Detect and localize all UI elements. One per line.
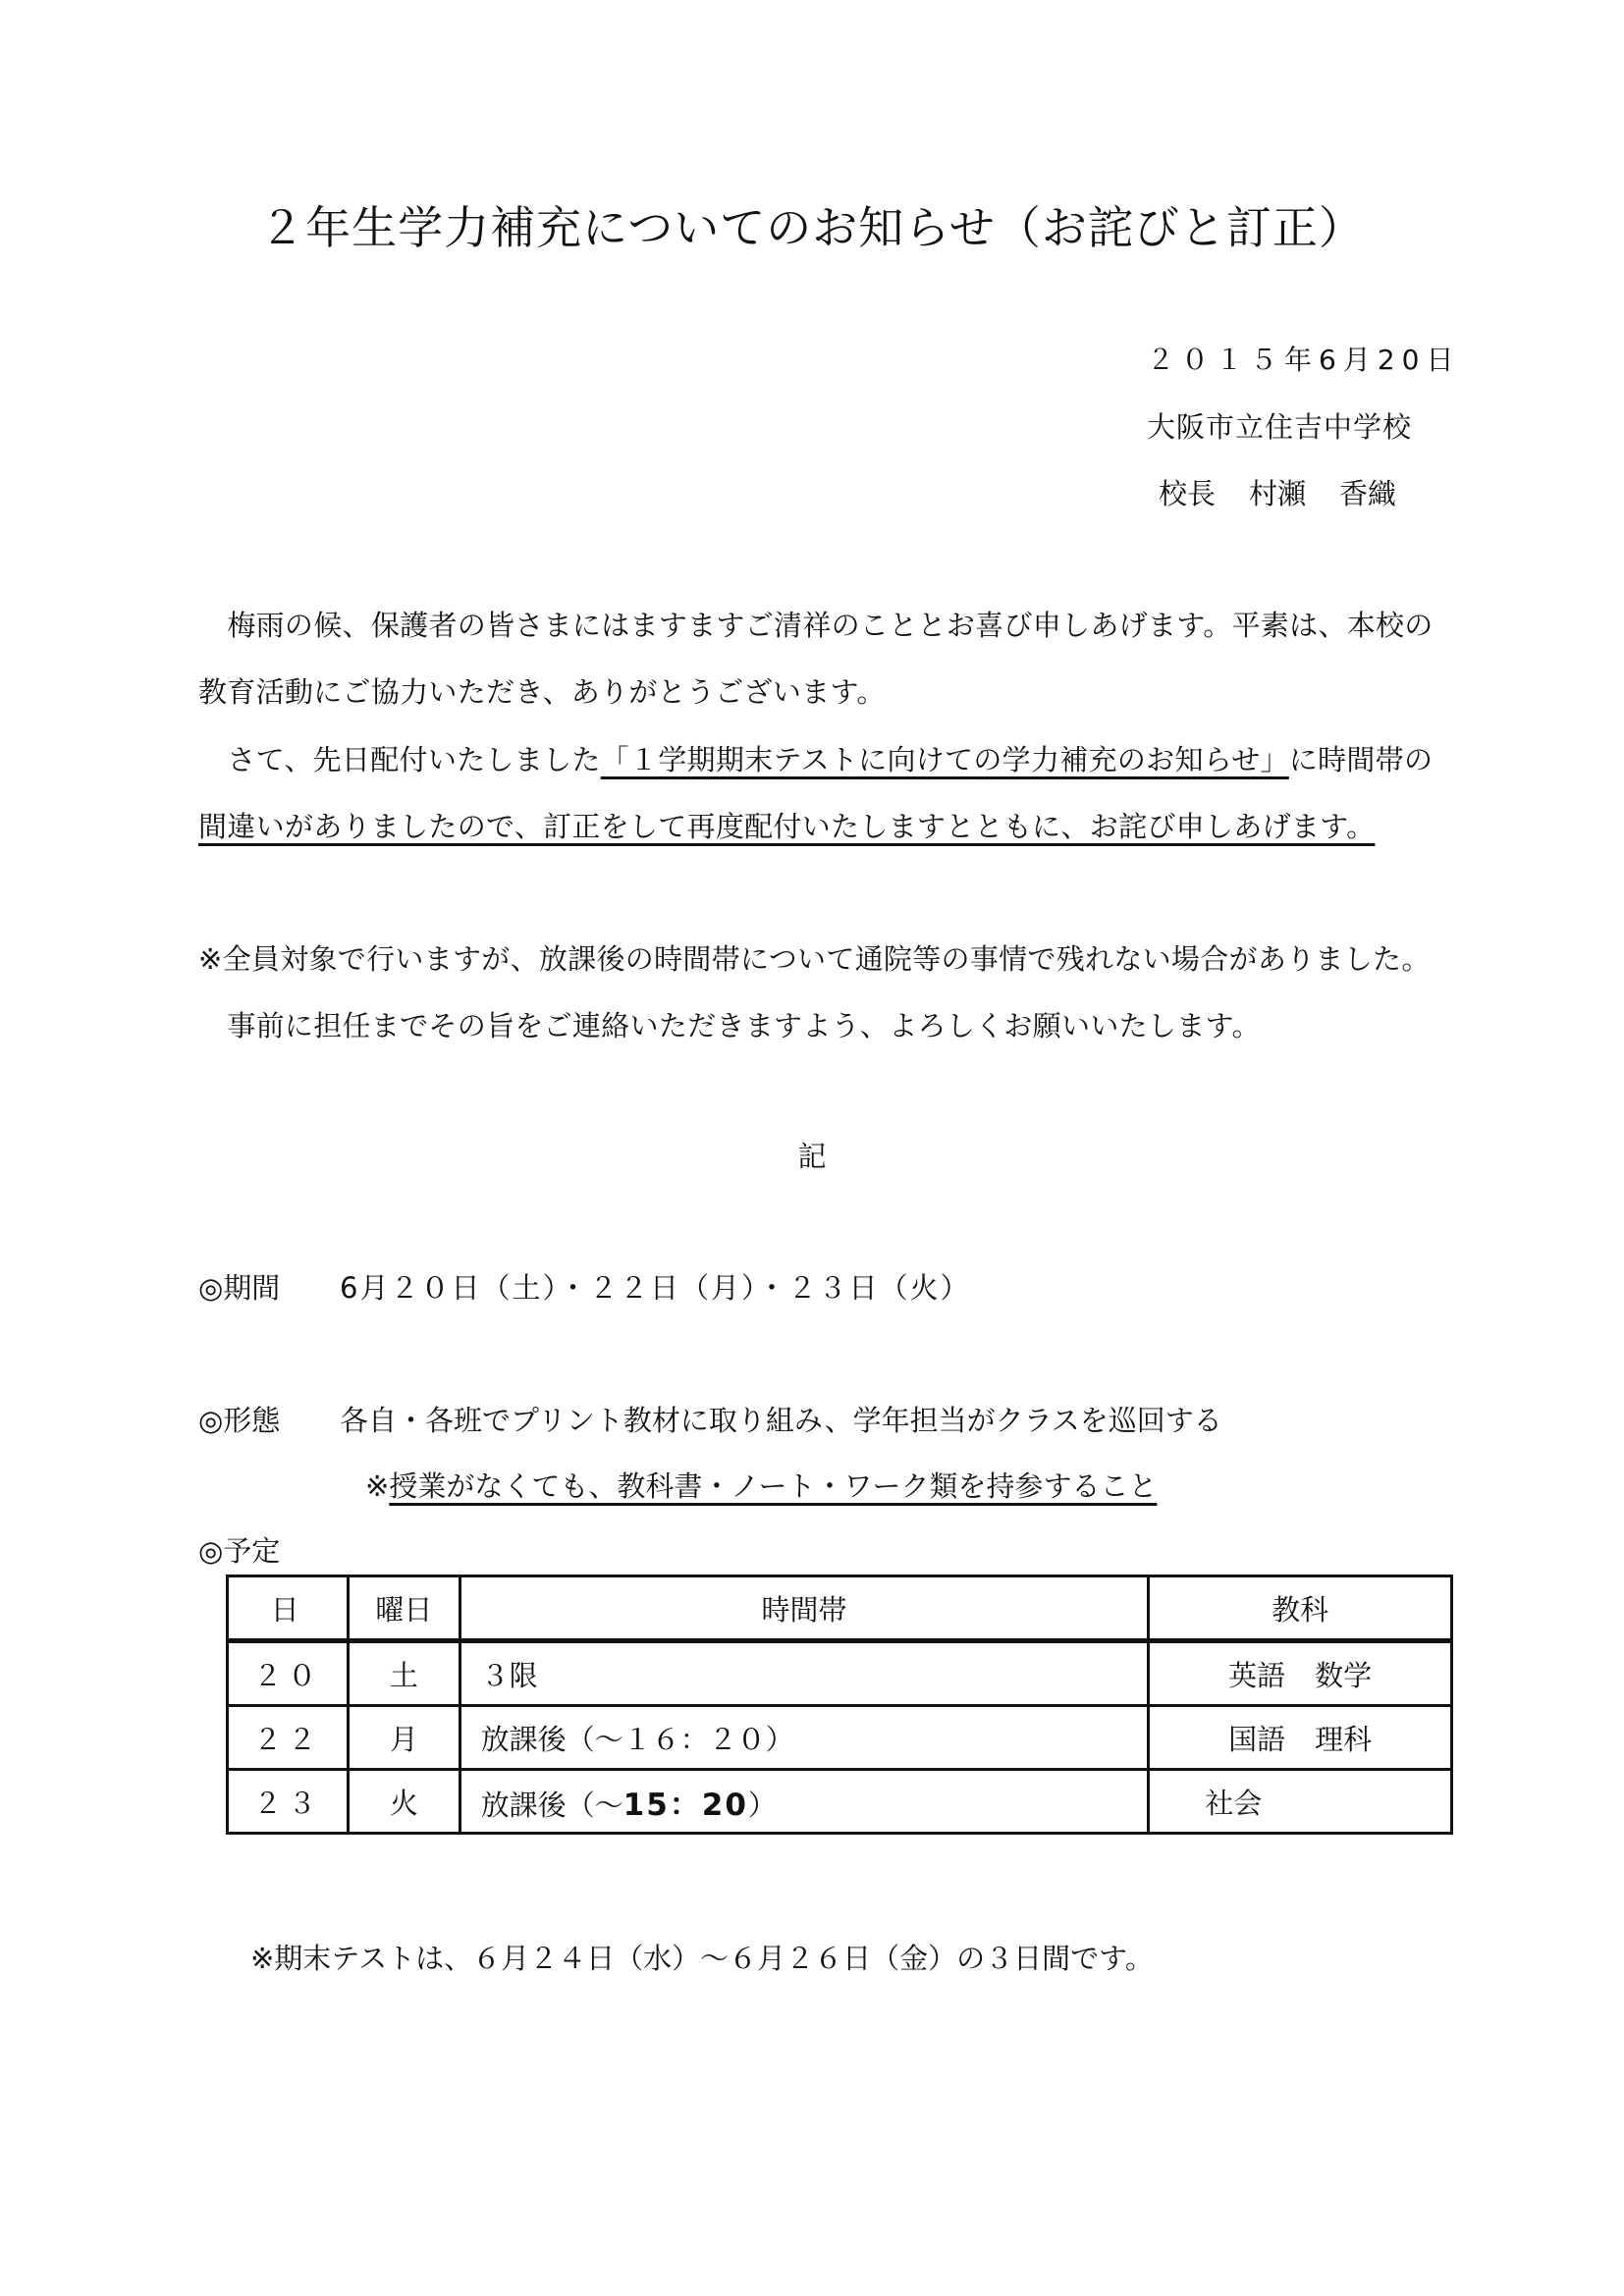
cell-time: 放課後（～１６：２０） <box>460 1706 1149 1770</box>
time-prefix: 放課後（～ <box>481 1789 623 1822</box>
greeting-text-1: 梅雨の候、保護者の皆さまにはますますご清祥のこととお喜び申しあげます。平素は、本… <box>227 609 1433 642</box>
cell-time: 放課後（～15：20） <box>460 1770 1149 1834</box>
correction-line-1: さて、先日配付いたしました「１学期期末テストに向けての学力補充のお知らせ」に時間… <box>198 738 1433 778</box>
subject: 国語 <box>1228 1723 1285 1756</box>
attendance-note-line-1: ※全員対象で行いますが、放課後の時間帯について通院等の事情で残れない場合がありま… <box>198 937 1431 978</box>
cell-time: ３限 <box>460 1641 1149 1706</box>
time-suffix: ） <box>748 1789 777 1822</box>
greeting-line-1: 梅雨の候、保護者の皆さまにはますますご清祥のこととお喜び申しあげます。平素は、本… <box>198 604 1434 644</box>
format-value: 各自・各班でプリント教材に取り組み、学年担当がクラスを巡回する <box>340 1399 1222 1439</box>
cell-day: ２３ <box>228 1770 349 1834</box>
apology-text: 間違いがありましたので、訂正をして再度配付いたしますとともに、お詫び申しあげます… <box>198 810 1375 843</box>
cell-weekday: 月 <box>349 1706 460 1770</box>
principal-given-name: 香織 <box>1339 477 1396 510</box>
principal-role: 校長 <box>1159 477 1216 510</box>
corrected-time: 15：20 <box>623 1788 748 1823</box>
subject: 社会 <box>1205 1787 1262 1820</box>
subject: 英語 <box>1228 1659 1285 1692</box>
header-subject: 教科 <box>1149 1576 1452 1641</box>
correction-prefix: さて、先日配付いたしました <box>227 743 600 776</box>
corrected-notice-title: 「１学期期末テストに向けての学力補充のお知らせ」 <box>601 743 1289 776</box>
exam-dates-note: ※期末テストは、６月２４日（水）～６月２６日（金）の３日間です。 <box>250 1937 1154 1977</box>
document-title: ２年生学力補充についてのお知らせ（お詫びと訂正） <box>0 192 1624 257</box>
period-label: ◎期間 <box>198 1266 280 1307</box>
header-weekday: 曜日 <box>349 1576 460 1641</box>
attendance-note-line-2: 事前に担任までその旨をご連絡いただきますよう、よろしくお願いいたします。 <box>198 1004 1261 1044</box>
school-name: 大阪市立住吉中学校 <box>1147 405 1412 446</box>
cell-day: ２２ <box>228 1706 349 1770</box>
note-mark: ※ <box>365 1469 389 1503</box>
bring-materials-note: 授業がなくても、教科書・ノート・ワーク類を持参すること <box>389 1469 1157 1503</box>
issue-date: ２０１５年6月20日 <box>1147 339 1460 378</box>
greeting-line-2: 教育活動にご協力いただき、ありがとうございます。 <box>198 670 886 711</box>
table-row: ２２ 月 放課後（～１６：２０） 国語理科 <box>228 1706 1452 1770</box>
period-value: 6月２０日（土）・２２日（月）・２３日（火） <box>340 1266 970 1307</box>
format-label: ◎形態 <box>198 1399 280 1439</box>
cell-day: ２０ <box>228 1641 349 1706</box>
correction-line-2: 間違いがありましたので、訂正をして再度配付いたしますとともに、お詫び申しあげます… <box>198 805 1375 845</box>
correction-suffix: に時間帯の <box>1289 743 1434 776</box>
header-time: 時間帯 <box>460 1576 1149 1641</box>
attendance-note-text-2: 事前に担任までその旨をご連絡いただきますよう、よろしくお願いいたします。 <box>227 1009 1260 1042</box>
cell-weekday: 土 <box>349 1641 460 1706</box>
ki-heading: 記 <box>0 1135 1624 1175</box>
schedule-table: 日 曜日 時間帯 教科 ２０ 土 ３限 英語数学 ２２ 月 放課後（～１６：２０… <box>226 1575 1453 1835</box>
table-row: ２３ 火 放課後（～15：20） 社会 <box>228 1770 1452 1834</box>
principal-signature: 校長村瀬香織 <box>1159 472 1430 512</box>
table-row: ２０ 土 ３限 英語数学 <box>228 1641 1452 1706</box>
format-note: ※授業がなくても、教科書・ノート・ワーク類を持参すること <box>365 1465 1157 1505</box>
cell-weekday: 火 <box>349 1770 460 1834</box>
subject: 理科 <box>1315 1723 1372 1756</box>
cell-subjects: 英語数学 <box>1149 1641 1452 1706</box>
principal-surname: 村瀬 <box>1249 477 1306 510</box>
header-day: 日 <box>228 1576 349 1641</box>
schedule-label: ◎予定 <box>198 1529 280 1570</box>
subject: 数学 <box>1315 1659 1372 1692</box>
cell-subjects: 国語理科 <box>1149 1706 1452 1770</box>
cell-subjects: 社会 <box>1149 1770 1452 1834</box>
table-header-row: 日 曜日 時間帯 教科 <box>228 1576 1452 1641</box>
